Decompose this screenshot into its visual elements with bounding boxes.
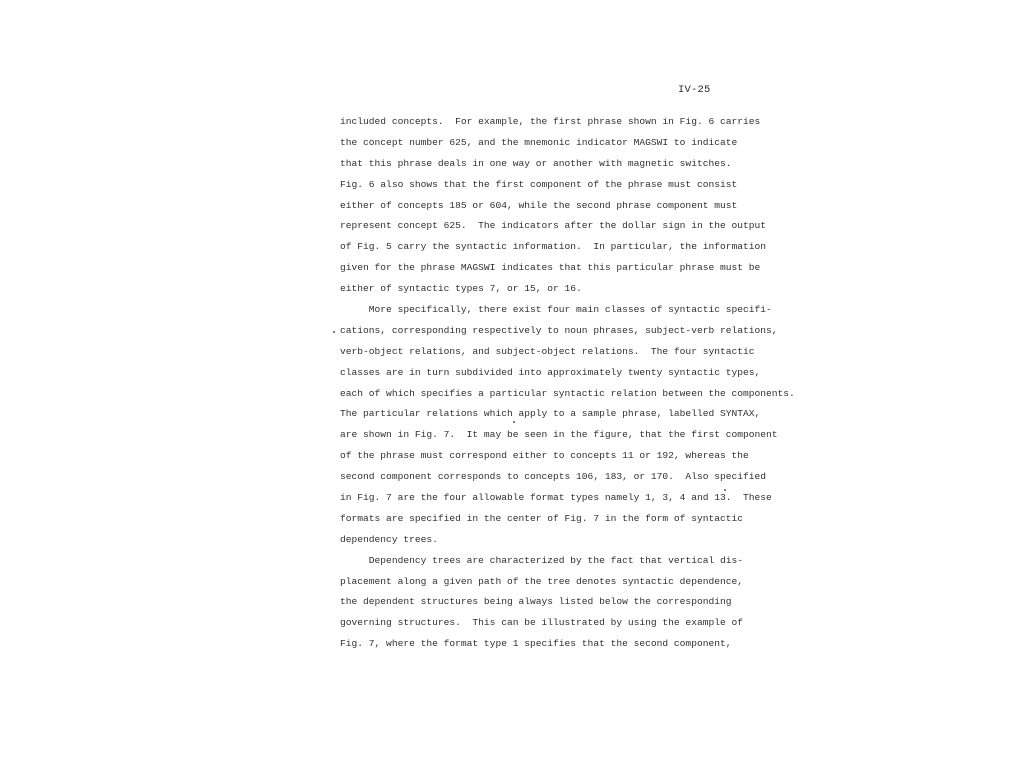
text-line: either of concepts 185 or 604, while the… (340, 196, 740, 217)
text-line: Fig. 6 also shows that the first compone… (340, 175, 740, 196)
text-line: governing structures. This can be illust… (340, 613, 740, 634)
document-page: IV-25 included concepts. For example, th… (0, 0, 1024, 768)
page-number: IV-25 (678, 84, 711, 96)
text-line: classes are in turn subdivided into appr… (340, 363, 740, 384)
text-line: in Fig. 7 are the four allowable format … (340, 488, 740, 509)
text-line: Fig. 7, where the format type 1 specifie… (340, 634, 740, 655)
body-text: included concepts. For example, the firs… (340, 112, 740, 655)
text-line: the concept number 625, and the mnemonic… (340, 133, 740, 154)
text-line: represent concept 625. The indicators af… (340, 216, 740, 237)
text-line: formats are specified in the center of F… (340, 509, 740, 530)
scan-speck (724, 489, 726, 491)
text-line: verb-object relations, and subject-objec… (340, 342, 740, 363)
text-line: included concepts. For example, the firs… (340, 112, 740, 133)
scan-speck (333, 331, 335, 333)
scan-speck (513, 421, 515, 423)
text-line: of Fig. 5 carry the syntactic informatio… (340, 237, 740, 258)
text-line: placement along a given path of the tree… (340, 572, 740, 593)
text-line: either of syntactic types 7, or 15, or 1… (340, 279, 740, 300)
text-line: of the phrase must correspond either to … (340, 446, 740, 467)
text-line: cations, corresponding respectively to n… (340, 321, 740, 342)
text-line: The particular relations which apply to … (340, 404, 740, 425)
text-line: that this phrase deals in one way or ano… (340, 154, 740, 175)
text-line: second component corresponds to concepts… (340, 467, 740, 488)
text-line: are shown in Fig. 7. It may be seen in t… (340, 425, 740, 446)
paragraph-1: included concepts. For example, the firs… (340, 112, 740, 300)
paragraph-3: Dependency trees are characterized by th… (340, 551, 740, 655)
text-line: each of which specifies a particular syn… (340, 384, 740, 405)
text-line: More specifically, there exist four main… (340, 300, 740, 321)
text-line: the dependent structures being always li… (340, 592, 740, 613)
text-line: Dependency trees are characterized by th… (340, 551, 740, 572)
text-line: dependency trees. (340, 530, 740, 551)
text-line: given for the phrase MAGSWI indicates th… (340, 258, 740, 279)
paragraph-2: More specifically, there exist four main… (340, 300, 740, 551)
